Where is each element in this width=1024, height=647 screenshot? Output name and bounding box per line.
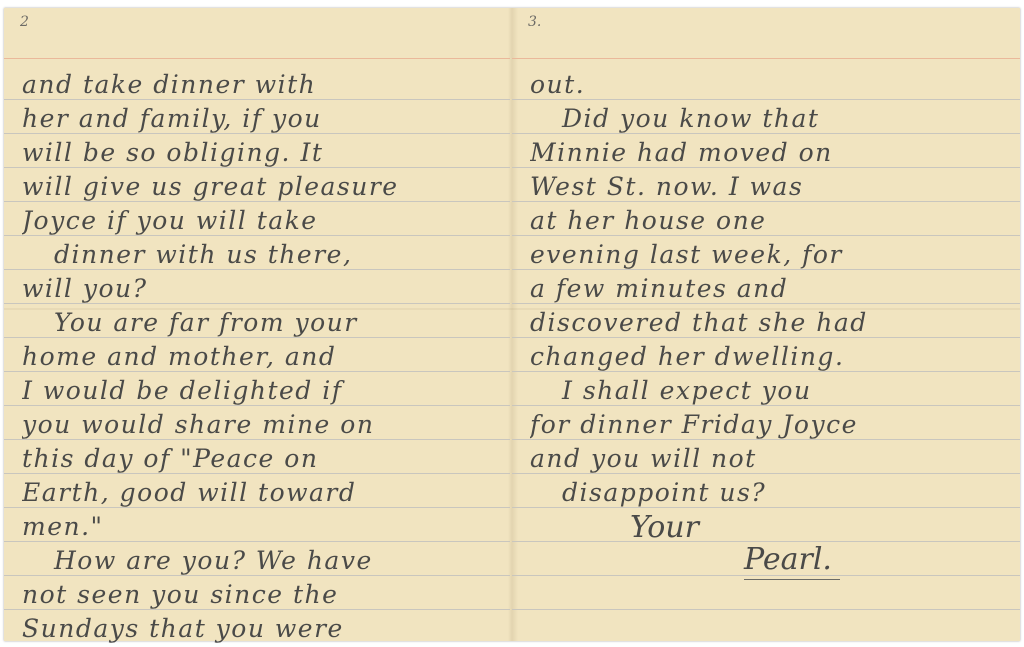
handwritten-line: her and family, if you	[22, 102, 500, 136]
handwritten-line: home and mother, and	[22, 340, 500, 374]
handwritten-line: men."	[22, 510, 500, 544]
handwritten-line: dinner with us there,	[22, 238, 500, 272]
left-page: 2 and take dinner with her and family, i…	[4, 8, 510, 641]
right-page-text: out. Did you know that Minnie had moved …	[530, 68, 1010, 510]
handwritten-line: changed her dwelling.	[530, 340, 1010, 374]
handwritten-line: discovered that she had	[530, 306, 1010, 340]
handwritten-line: and you will not	[530, 442, 1010, 476]
handwritten-line: Minnie had moved on	[530, 136, 1010, 170]
signature: Pearl.	[744, 542, 840, 580]
left-page-text: and take dinner with her and family, if …	[22, 68, 500, 646]
right-page: 3. out. Did you know that Minnie had mov…	[512, 8, 1020, 641]
handwritten-line: How are you? We have	[22, 544, 500, 578]
handwritten-line: You are far from your	[22, 306, 500, 340]
handwritten-line: evening last week, for	[530, 238, 1010, 272]
handwritten-line: out.	[530, 68, 1010, 102]
page-number-right: 3.	[528, 14, 541, 30]
handwritten-line: you would share mine on	[22, 408, 500, 442]
handwritten-line: West St. now. I was	[530, 170, 1010, 204]
handwritten-line: Sundays that you were	[22, 612, 500, 646]
handwritten-line: Did you know that	[530, 102, 1010, 136]
letter-sheet: 2 and take dinner with her and family, i…	[4, 8, 1020, 641]
handwritten-line: and take dinner with	[22, 68, 500, 102]
letter-closing: Your	[630, 510, 699, 545]
handwritten-line: will give us great pleasure	[22, 170, 500, 204]
handwritten-line: I would be delighted if	[22, 374, 500, 408]
handwritten-line: a few minutes and	[530, 272, 1010, 306]
handwritten-line: Earth, good will toward	[22, 476, 500, 510]
handwritten-line: will you?	[22, 272, 500, 306]
handwritten-line: I shall expect you	[530, 374, 1010, 408]
handwritten-line: disappoint us?	[530, 476, 1010, 510]
handwritten-line: Joyce if you will take	[22, 204, 500, 238]
handwritten-line: at her house one	[530, 204, 1010, 238]
page-number-left: 2	[20, 14, 29, 30]
handwritten-line: will be so obliging. It	[22, 136, 500, 170]
handwritten-line: this day of "Peace on	[22, 442, 500, 476]
handwritten-line: not seen you since the	[22, 578, 500, 612]
handwritten-line: for dinner Friday Joyce	[530, 408, 1010, 442]
